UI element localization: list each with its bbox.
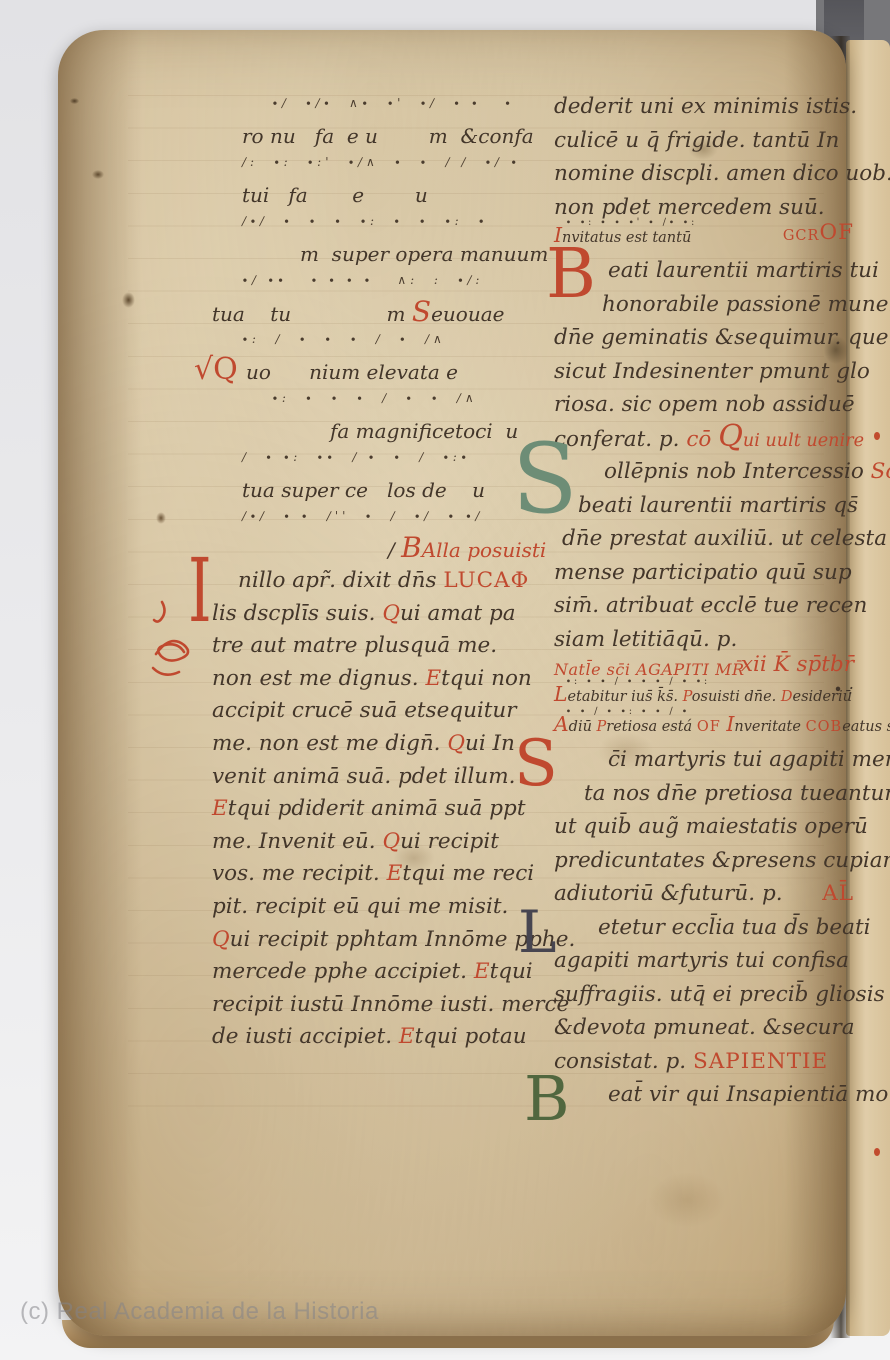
manuscript-line: accipit crucē suā etsequitur <box>212 698 552 731</box>
text-segment: ro nu fa e u m &confa <box>242 124 534 148</box>
text-segment: culicē u q̄ frigide. tantū In <box>554 128 839 153</box>
text-segment: tui fa e u <box>242 183 428 207</box>
text-segment: uo nium elevata e <box>246 360 458 384</box>
illuminated-initial-B: B <box>524 1074 570 1124</box>
manuscript-line: ro nu fa e u m &confa <box>212 124 552 155</box>
text-segment: lis dscplīs suis. <box>212 601 382 626</box>
manuscript-line: adiutoriū &futurū. p. AL̄ <box>554 881 854 915</box>
manuscript-line: consistat. p. SAPIENTIE <box>554 1049 854 1083</box>
manuscript-line: Inillo apr̃. dixit dn̄s LUCAΦ <box>212 568 552 601</box>
text-segment: tqui me reci <box>402 861 534 886</box>
manuscript-line: &devota pmuneat. &secura <box>554 1015 854 1049</box>
text-segment: Q <box>212 927 230 952</box>
manuscript-line: agapiti martyris tui confisa <box>554 948 854 982</box>
manuscript-line: conferat. p. cō Qui uult uenire <box>554 426 854 460</box>
text-segment: dn̄e geminatis &sequimur. que <box>554 325 889 350</box>
neume-marks: ∕ ∙ ∙: ∙∙ ∕ ∙ ∙ ∕ ∙:∙ <box>242 450 471 464</box>
text-segment: Alla posuisti <box>422 538 547 562</box>
neume-marks: ∕: ∙: ∙:' ∙∕∧ ∙ ∙ ∕ ∕ ∙∕ ∙ <box>242 155 521 169</box>
facing-page-red-mark <box>874 432 880 440</box>
manuscript-line: nomine discpli. amen dico uob. <box>554 161 854 195</box>
text-segment: COB <box>806 719 843 735</box>
text-segment: E <box>212 796 228 821</box>
manuscript-line: ta nos dn̄e pretiosa tueantur. <box>554 781 854 815</box>
neume-marks: ∙∕ ∙∙ ∙ ∙ ∙ ∙ ∧: : ∙∕: <box>242 273 483 287</box>
text-segment: de iusti accipiet. <box>212 1024 399 1049</box>
manuscript-line: recipit iustū Innōme iusti. merce <box>212 992 552 1025</box>
text-segment: Q <box>718 419 743 454</box>
text-segment: recipit iustū Innōme iusti. merce <box>212 992 569 1017</box>
facing-page-red-mark <box>874 1148 880 1156</box>
text-segment: accipit crucē suā etsequitur <box>212 698 517 723</box>
text-segment: c̄i martyris tui agapiti meri <box>608 747 890 772</box>
manuscript-line: ∕ ∙ ∙: ∙∙ ∕ ∙ ∙ ∕ ∙:∙ <box>212 450 552 478</box>
text-segment: suffragiis. utq̄ ei precib̄ gliosis <box>554 982 885 1007</box>
text-segment: siam letitiāqū. p. <box>554 627 744 652</box>
manuscript-line: lis dscplīs suis. Qui amat pa <box>212 601 552 634</box>
manuscript-line: ut quib̄ aug̃ maiestatis operū <box>554 814 854 848</box>
text-segment: esideriū <box>793 689 852 705</box>
text-segment: OF <box>697 719 727 735</box>
text-segment: E <box>399 1024 415 1049</box>
text-segment: eat̄ vir qui Insapientiā mo <box>608 1082 888 1107</box>
neume-marks: ∙: ∙ ∙ ∕ ∙ ∙ ∙ ∕ ∙ ∙: <box>566 676 710 687</box>
text-segment: Scō <box>871 459 890 484</box>
text-segment: S <box>412 295 431 328</box>
text-segment: tre aut matre plusquā me. <box>212 633 497 658</box>
manuscript-line: Beat̄ vir qui Insapientiā mo <box>554 1082 854 1116</box>
text-segment: ui In <box>465 731 515 756</box>
manuscript-line: ∙: ∕ ∙ ∙ ∙ ∕ ∙ ∕∧ <box>212 332 552 360</box>
text-segment: AL̄ <box>822 881 854 906</box>
text-segment: retiosa está <box>606 719 697 735</box>
illuminated-initial-I: I <box>188 556 212 626</box>
text-segment: eatus servus <box>842 719 890 735</box>
manuscript-line: m super opera manuum <box>212 242 552 273</box>
manuscript-photo: { "watermark": "(c) Real Academia de la … <box>0 0 890 1360</box>
text-segment: consistat. p. <box>554 1049 693 1074</box>
manuscript-line: ∙∕ ∙∙ ∙ ∙ ∙ ∙ ∧: : ∙∕: <box>212 273 552 301</box>
manuscript-line: dn̄e prestat auxiliū. ut celesta <box>554 526 854 560</box>
text-segment: etabitur ius̄ k̄s̄. <box>567 689 682 705</box>
text-segment: mense participatio quū sup <box>554 560 852 585</box>
text-segment: Q <box>447 731 465 756</box>
manuscript-line: beati laurentii martiris qs̄ <box>554 493 854 527</box>
manuscript-line: suffragiis. utq̄ ei precib̄ gliosis <box>554 982 854 1016</box>
text-segment: osuisti dn̄e. <box>692 689 781 705</box>
manuscript-line: √Quo nium elevata e <box>212 360 552 391</box>
text-segment: euouae <box>431 302 504 326</box>
text-segment: pit. recipit eū qui me misit. <box>212 894 508 919</box>
left-text-column: ∙∕ ∙∕∙ ∧∙ ∙' ∙∕ ∙ ∙ ∙ro nu fa e u m &con… <box>212 96 552 1057</box>
text-segment: nomine discpli. amen dico uob. <box>554 161 890 186</box>
copyright-watermark: (c) Real Academia de la Historia <box>20 1298 379 1326</box>
text-segment: eati laurentii martiris tui <box>608 258 879 283</box>
manuscript-line: me. Invenit eū. Qui recipit <box>212 829 552 862</box>
text-segment: adiutoriū &futurū. p. <box>554 881 789 906</box>
manuscript-line: fa magnificetoci u <box>212 419 552 450</box>
text-segment: venit animā suā. pdet illum. <box>212 764 515 789</box>
text-segment: beati laurentii martiris qs̄ <box>578 493 858 518</box>
text-segment: tua super ce los de u <box>242 478 485 502</box>
text-segment: nillo apr̃. dixit dn̄s <box>238 568 443 593</box>
manuscript-line: mercede pphe accipiet. Etqui <box>212 959 552 992</box>
manuscript-line: sicut Indesinenter pmunt glo <box>554 359 854 393</box>
manuscript-line: ∕∙∕ ∙ ∙ ∙ ∙: ∙ ∙ ∙: ∙ <box>212 214 552 242</box>
text-segment: me. non est me dign̄. <box>212 731 447 756</box>
manuscript-line: ∕ BAlla posuisti <box>212 537 552 568</box>
text-segment: cō <box>686 427 718 452</box>
manuscript-line: Qui recipit pphtam Innōme pphe. <box>212 927 552 960</box>
manuscript-line: Sollēpnis nob Intercessio Scō <box>554 459 854 493</box>
text-segment: ollēpnis nob Intercessio <box>604 459 871 484</box>
text-segment: predicuntates &presens cupiam <box>554 848 890 873</box>
manuscript-line: ∙: ∙ ∙ ∙ ∕ ∙ ∙ ∕∧ <box>212 391 552 419</box>
text-segment: honorabile passionē muneribus <box>602 292 890 317</box>
neume-marks: ∙ ∙ ∕ ∙ ∙: ∙ ∙ ∕ ∙ <box>566 706 690 717</box>
text-segment: tqui potau <box>415 1024 527 1049</box>
spine-shading <box>58 30 142 1336</box>
illuminated-initial-√Q: √Q <box>194 358 238 382</box>
neume-marks: ∕∙∕ ∙ ∙ ∕'' ∙ ∕ ∙∕ ∙ ∙∕ <box>242 509 483 523</box>
neume-marks: ∙ ∙: ∙ ∙ ∙' ∙ ∕∙ ∙: <box>566 217 697 228</box>
text-segment: fa magnificetoci u <box>330 419 518 443</box>
text-segment: sim̄. atribuat ecclē tue recen <box>554 593 867 618</box>
text-segment: E <box>474 959 490 984</box>
text-segment: riosa. sic opem nob assiduē <box>554 392 855 417</box>
text-segment: me. Invenit eū. <box>212 829 382 854</box>
text-segment: vos. me recipit. <box>212 861 387 886</box>
text-segment: dederit uni ex minimis istis. <box>554 94 857 119</box>
text-segment: ∕ <box>388 538 401 562</box>
illuminated-initial-L: L <box>518 909 557 955</box>
text-segment: SAPIENTIE <box>693 1049 828 1074</box>
manuscript-line: tua super ce los de u <box>212 478 552 509</box>
manuscript-line: me. non est me dign̄. Qui In <box>212 731 552 764</box>
neume-marks: ∙: ∕ ∙ ∙ ∙ ∕ ∙ ∕∧ <box>242 332 446 346</box>
manuscript-line: predicuntates &presens cupiam <box>554 848 854 882</box>
text-segment: diū <box>569 719 597 735</box>
text-segment: Q <box>382 601 400 626</box>
text-segment: &devota pmuneat. &secura <box>554 1015 855 1040</box>
manuscript-line: culicē u q̄ frigide. tantū In <box>554 128 854 162</box>
text-segment: sicut Indesinenter pmunt glo <box>554 359 870 384</box>
text-segment: B <box>401 531 422 564</box>
manuscript-line: mense participatio quū sup <box>554 560 854 594</box>
text-segment: etetur eccl̄ia tua d̄s beati <box>598 915 871 940</box>
text-segment: Q <box>382 829 400 854</box>
manuscript-line: tui fa e u <box>212 183 552 214</box>
manuscript-line: siam letitiāqū. p. xii K̄ sp̄tbr̄ <box>554 627 854 661</box>
text-segment: tua tu m <box>212 302 412 326</box>
illuminated-initial-S: S <box>514 739 558 790</box>
neume-marks: ∕∙∕ ∙ ∙ ∙ ∙: ∙ ∙ ∙: ∙ <box>242 214 488 228</box>
text-segment: ut quib̄ aug̃ maiestatis operū <box>554 814 868 839</box>
text-segment: dn̄e prestat auxiliū. ut celesta <box>562 526 887 551</box>
text-segment: GCR <box>783 228 820 244</box>
manuscript-line: tre aut matre plusquā me. <box>212 633 552 666</box>
manuscript-line: non est me dignus. Etqui non <box>212 666 552 699</box>
manuscript-line: venit animā suā. pdet illum. <box>212 764 552 797</box>
manuscript-line: Beati laurentii martiris tui <box>554 258 854 292</box>
manuscript-line: ∕: ∙: ∙:' ∙∕∧ ∙ ∙ ∕ ∕ ∙∕ ∙ <box>212 155 552 183</box>
manuscript-line: Letetur eccl̄ia tua d̄s beati <box>554 915 854 949</box>
manuscript-line: riosa. sic opem nob assiduē <box>554 392 854 426</box>
manuscript-line: de iusti accipiet. Etqui potau <box>212 1024 552 1057</box>
text-segment: non pdet mercedem suū. <box>554 195 831 220</box>
text-segment: tqui pdiderit animā suā ppt <box>228 796 526 821</box>
manuscript-line: Sc̄i martyris tui agapiti meri <box>554 747 854 781</box>
manuscript-line: vos. me recipit. Etqui me reci <box>212 861 552 894</box>
manuscript-line: Etqui pdiderit animā suā ppt <box>212 796 552 829</box>
text-segment: nveritate <box>734 719 805 735</box>
manuscript-line: ∙ ∙ ∕ ∙ ∙: ∙ ∙ ∕ ∙Adiū Pretiosa está OF … <box>554 717 854 747</box>
text-segment: E <box>425 666 441 691</box>
text-segment: E <box>387 861 403 886</box>
text-segment: ui recipit <box>400 829 499 854</box>
manuscript-line: honorabile passionē muneribus <box>554 292 854 326</box>
manuscript-line: ∙ ∙: ∙ ∙ ∙' ∙ ∕∙ ∙:Invitatus est tantūGC… <box>554 228 854 258</box>
text-segment: mercede pphe accipiet. <box>212 959 474 984</box>
text-segment: LUCAΦ <box>443 568 529 593</box>
manuscript-line: ∙∕ ∙∕∙ ∧∙ ∙' ∙∕ ∙ ∙ ∙ <box>212 96 552 124</box>
text-segment: ta nos dn̄e pretiosa tueantur. <box>584 781 890 806</box>
text-segment: m super opera manuum <box>300 242 548 266</box>
right-text-column: dederit uni ex minimis istis.culicē u q̄… <box>554 94 854 1116</box>
manuscript-line: ∕∙∕ ∙ ∙ ∕'' ∙ ∕ ∙∕ ∙ ∙∕ <box>212 509 552 537</box>
text-segment: ui amat pa <box>400 601 516 626</box>
text-segment: P <box>683 689 692 705</box>
manuscript-line: pit. recipit eū qui me misit. <box>212 894 552 927</box>
manuscript-line: sim̄. atribuat ecclē tue recen <box>554 593 854 627</box>
manuscript-line: dederit uni ex minimis istis. <box>554 94 854 128</box>
neume-marks: ∙: ∙ ∙ ∙ ∕ ∙ ∙ ∕∧ <box>272 391 478 405</box>
text-segment: tqui non <box>441 666 532 691</box>
text-segment: non est me dignus. <box>212 666 425 691</box>
text-segment: P <box>597 719 607 735</box>
text-segment: D <box>781 689 793 705</box>
text-segment: agapiti martyris tui confisa <box>554 948 849 973</box>
manuscript-line: dn̄e geminatis &sequimur. que <box>554 325 854 359</box>
neume-marks: ∙∕ ∙∕∙ ∧∙ ∙' ∙∕ ∙ ∙ ∙ <box>272 96 515 110</box>
manuscript-line: tua tu m Seuouae <box>212 301 552 332</box>
text-segment: ui uult uenire <box>743 431 864 451</box>
